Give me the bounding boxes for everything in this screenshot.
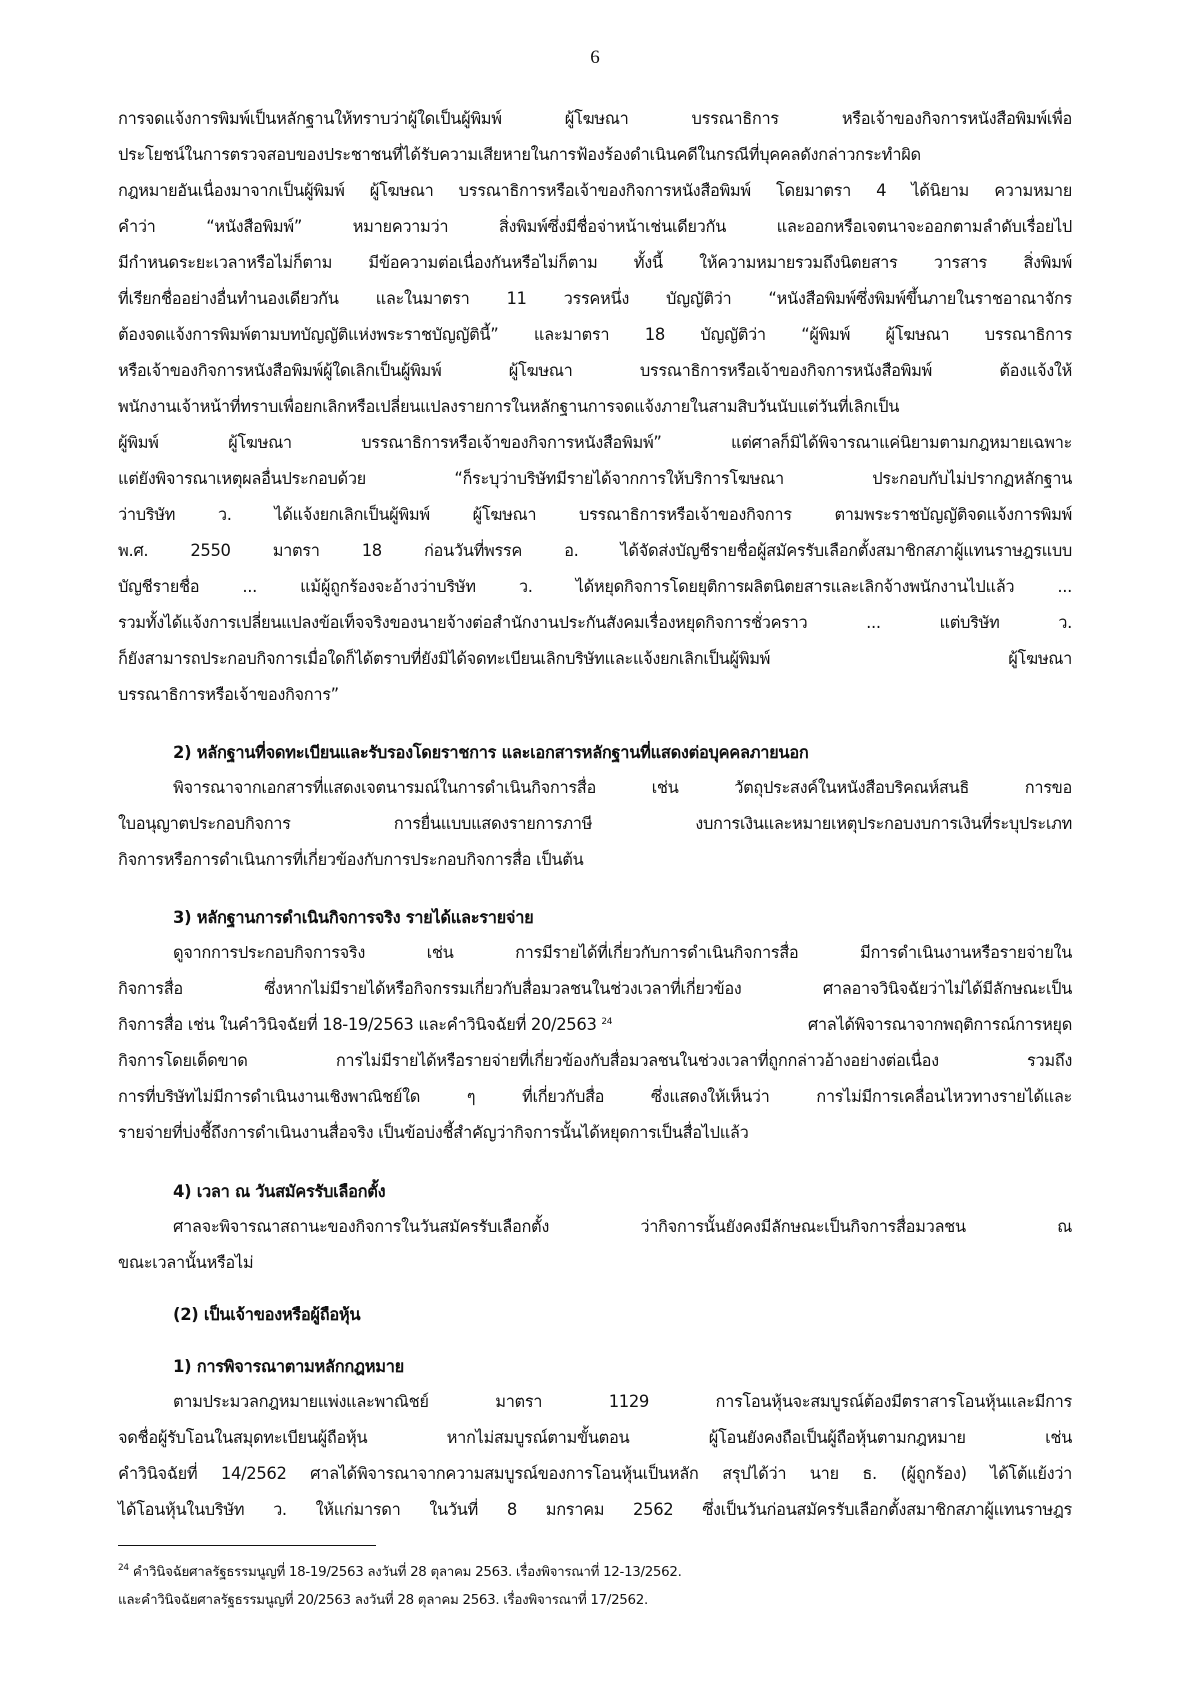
page-number: 6 [0,47,1190,69]
text-line: พนักงานเจ้าหน้าที่ทราบเพื่อยกเลิกหรือเปล… [118,389,1072,425]
text-line: ผู้พิมพ์ ผู้โฆษณา บรรณาธิการหรือเจ้าของก… [118,425,1072,461]
footnote-number: 24 [118,1563,129,1573]
text-line: หรือเจ้าของกิจการหนังสือพิมพ์ผู้ใดเลิกเป… [118,353,1072,389]
text-line: ขณะเวลานั้นหรือไม่ [118,1245,1072,1281]
text-line: ใบอนุญาตประกอบกิจการ การยื่นแบบแสดงรายกา… [118,806,1072,842]
text-line: บัญชีรายชื่อ ... แม้ผู้ถูกร้องจะอ้างว่าบ… [118,569,1072,605]
text-line: แต่ยังพิจารณาเหตุผลอื่นประกอบด้วย “ก็ระบ… [118,461,1072,497]
text-line: การจดแจ้งการพิมพ์เป็นหลักฐานให้ทราบว่าผู… [118,101,1072,137]
text-line: ต้องจดแจ้งการพิมพ์ตามบทบัญญัติแห่งพระราช… [118,317,1072,353]
section-heading: 1) การพิจารณาตามหลักกฎหมาย [173,1349,404,1385]
text-line: จดชื่อผู้รับโอนในสมุดทะเบียนผู้ถือหุ้น ห… [118,1420,1072,1456]
text-line: ตามประมวลกฎหมายแพ่งและพาณิชย์ มาตรา 1129… [173,1384,1072,1420]
text-line: พ.ศ. 2550 มาตรา 18 ก่อนวันที่พรรค อ. ได้… [118,533,1072,569]
section-heading: 2) หลักฐานที่จดทะเบียนและรับรองโดยราชการ… [173,735,808,771]
text-line: คำว่า “หนังสือพิมพ์” หมายความว่า สิ่งพิม… [118,209,1072,245]
text-line: พิจารณาจากเอกสารที่แสดงเจตนารมณ์ในการดำเ… [173,770,1072,806]
text-line: มีกำหนดระยะเวลาหรือไม่ก็ตาม มีข้อความต่อ… [118,245,1072,281]
footnote-24-continued: และคำวินิจฉัยศาลรัฐธรรมนูญที่ 20/2563 ลง… [118,1588,648,1614]
text-line: การที่บริษัทไม่มีการดำเนินงานเชิงพาณิชย์… [118,1079,1072,1115]
text-line: กิจการหรือการดำเนินการที่เกี่ยวข้องกับกา… [118,842,1072,878]
text-line: ได้โอนหุ้นในบริษัท ว. ให้แก่มารดา ในวันท… [118,1492,1072,1528]
footnote-text: คำวินิจฉัยศาลรัฐธรรมนูญที่ 18-19/2563 ลง… [133,1565,682,1580]
part-heading: (2) เป็นเจ้าของหรือผู้ถือหุ้น [173,1297,360,1333]
text-line: คำวินิจฉัยที่ 14/2562 ศาลได้พิจารณาจากคว… [118,1456,1072,1492]
footnote-divider [118,1545,376,1546]
section-heading: 3) หลักฐานการดำเนินกิจการจริง รายได้และร… [173,900,533,936]
text-line: กฎหมายอันเนื่องมาจากเป็นผู้พิมพ์ ผู้โฆษณ… [118,173,1072,209]
text-line: ประโยชน์ในการตรวจสอบของประชาชนที่ได้รับค… [118,137,1072,173]
text-line: กิจการสื่อ ซึ่งหากไม่มีรายได้หรือกิจกรรม… [118,971,1072,1007]
text-line: ก็ยังสามารถประกอบกิจการเมื่อใดก็ได้ตราบท… [118,641,1072,677]
text-line: รายจ่ายที่บ่งชี้ถึงการดำเนินงานสื่อจริง … [118,1115,1072,1151]
text-line: ว่าบริษัท ว. ได้แจ้งยกเลิกเป็นผู้พิมพ์ ผ… [118,497,1072,533]
text-line: บรรณาธิการหรือเจ้าของกิจการ” [118,677,1072,713]
section-heading: 4) เวลา ณ วันสมัครรับเลือกตั้ง [173,1174,385,1210]
text-line: ศาลจะพิจารณาสถานะของกิจการในวันสมัครรับเ… [173,1209,1072,1245]
text-line: ดูจากการประกอบกิจการจริง เช่น การมีรายได… [173,935,1072,971]
text-segment: ศาลได้พิจารณาจากพฤติการณ์การหยุด [808,1007,1072,1043]
footnote-24: 24 คำวินิจฉัยศาลรัฐธรรมนูญที่ 18-19/2563… [118,1560,682,1586]
text-segment: กิจการสื่อ เช่น ในคำวินิจฉัยที่ 18-19/25… [118,1007,612,1043]
text-line: กิจการโดยเด็ดขาด การไม่มีรายได้หรือรายจ่… [118,1043,1072,1079]
text-line: รวมทั้งได้แจ้งการเปลี่ยนแปลงข้อเท็จจริงข… [118,605,1072,641]
text-line: ที่เรียกชื่ออย่างอื่นทำนองเดียวกัน และใน… [118,281,1072,317]
text-line-with-footnote: กิจการสื่อ เช่น ในคำวินิจฉัยที่ 18-19/25… [118,1007,1072,1043]
footnote-reference[interactable]: 24 [601,1017,612,1027]
